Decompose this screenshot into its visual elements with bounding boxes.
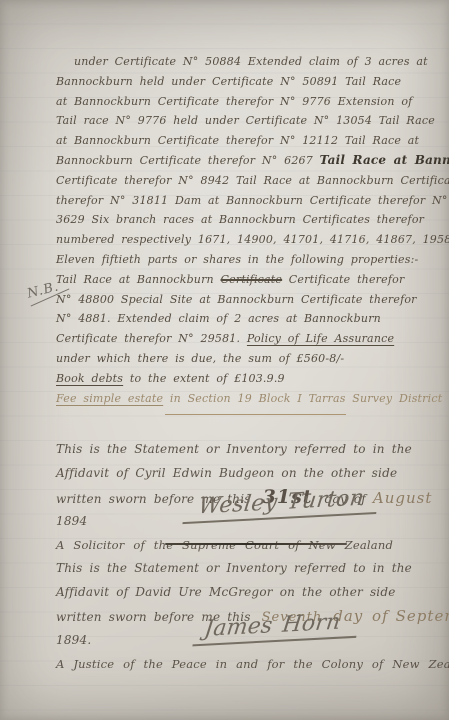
inventory-line: Certificate therefor N° 29581. Policy of…: [56, 329, 412, 349]
inventory-line: Bannockburn held under Certificate N° 50…: [56, 72, 412, 92]
inventory-text-segment: under Certificate N° 50884 Extended clai…: [74, 55, 428, 68]
inventory-line: N° 4881. Extended claim of 2 acres at Ba…: [56, 309, 412, 329]
inventory-text-segment: Book debts: [56, 372, 123, 385]
inventory-line: Book debts to the extent of £103.9.9: [56, 369, 412, 389]
justice-title: A Justice of the Peace in and for the Co…: [56, 652, 414, 676]
attestation-line: Affidavit of David Ure McGregor on the o…: [56, 580, 414, 604]
solicitor-title: A Solicitor of the Supreme Court of New …: [56, 533, 414, 557]
inventory-line: Tail race N° 9776 held under Certificate…: [56, 111, 412, 131]
inventory-line: Bannockburn Certificate therefor N° 6267…: [56, 151, 412, 171]
inventory-line: under Certificate N° 50884 Extended clai…: [56, 52, 412, 72]
inventory-text-segment: Certificate: [221, 273, 283, 286]
attestation-justice: This is the Statement or Inventory refer…: [56, 556, 414, 676]
inventory-line: under which there is due, the sum of £56…: [56, 349, 412, 369]
inventory-text-segment: Tail Race at Bannockburn: [320, 153, 449, 167]
inventory-text-segment: under which there is due, the sum of £56…: [56, 352, 344, 365]
inventory-line: Eleven fiftieth parts or shares in the f…: [56, 250, 412, 270]
inventory-text-segment: Certificate therefor N° 29581.: [56, 332, 247, 345]
inventory-text-segment: Eleven fiftieth parts or shares in the f…: [56, 253, 418, 266]
inventory-line: Certificate therefor N° 8942 Tail Race a…: [56, 171, 412, 191]
attestation-line: Affidavit of Cyril Edwin Budgeon on the …: [56, 461, 414, 485]
inventory-text-segment: to the extent of £103.9.9: [123, 372, 285, 385]
inventory-line: at Bannockburn Certificate therefor N° 9…: [56, 92, 412, 112]
inventory-line: therefor N° 31811 Dam at Bannockburn Cer…: [56, 191, 412, 211]
inventory-text-segment: numbered respectively 1671, 14900, 41701…: [56, 233, 449, 246]
inventory-line: Fee simple estate in Section 19 Block I …: [56, 389, 412, 409]
inventory-text-segment: Certificate therefor: [282, 273, 404, 286]
inventory-line: 3629 Six branch races at Bannockburn Cer…: [56, 210, 412, 230]
inventory-text-segment: therefor N° 31811 Dam at Bannockburn Cer…: [56, 194, 448, 207]
inventory-text-segment: 3629 Six branch races at Bannockburn Cer…: [56, 213, 424, 226]
inventory-text-segment: N° 4881. Extended claim of 2 acres at Ba…: [56, 312, 381, 325]
inventory-text-segment: at Bannockburn Certificate therefor N° 1…: [56, 134, 419, 147]
inventory-line: Tail Race at Bannockburn Certificate Cer…: [56, 270, 412, 290]
attestation-solicitor: This is the Statement or Inventory refer…: [56, 437, 414, 557]
inventory-line: at Bannockburn Certificate therefor N° 1…: [56, 131, 412, 151]
ink-rule: [165, 543, 347, 545]
inventory-lines: under Certificate N° 50884 Extended clai…: [56, 52, 412, 408]
inventory-line: N° 48800 Special Site at Bannockburn Cer…: [56, 290, 412, 310]
inventory-text-segment: Bannockburn held under Certificate N° 50…: [56, 75, 401, 88]
attestation-line: This is the Statement or Inventory refer…: [56, 556, 414, 580]
fee-simple-underline: [165, 414, 346, 415]
inventory-text-segment: Tail race N° 9776 held under Certificate…: [56, 114, 435, 127]
month-value: September: [396, 607, 449, 625]
document-page: under Certificate N° 50884 Extended clai…: [0, 0, 449, 720]
inventory-text-segment: Tail Race at Bannockburn: [56, 273, 221, 286]
attestation-line: This is the Statement or Inventory refer…: [56, 437, 414, 461]
inventory-text-segment: Certificate therefor N° 8942 Tail Race a…: [56, 174, 449, 187]
inventory-line: numbered respectively 1671, 14900, 41701…: [56, 230, 412, 250]
inventory-text-segment: Fee simple estate: [56, 392, 163, 405]
month-value: August: [373, 489, 432, 507]
inventory-text-segment: at Bannockburn Certificate therefor N° 9…: [56, 95, 412, 108]
inventory-text-segment: Policy of Life Assurance: [247, 332, 394, 345]
inventory-text-segment: in Section 19 Block I Tarras Survey Dist…: [163, 392, 442, 405]
inventory-text-segment: N° 48800 Special Site at Bannockburn Cer…: [56, 293, 417, 306]
inventory-text-segment: Bannockburn Certificate therefor N° 6267: [56, 154, 320, 167]
